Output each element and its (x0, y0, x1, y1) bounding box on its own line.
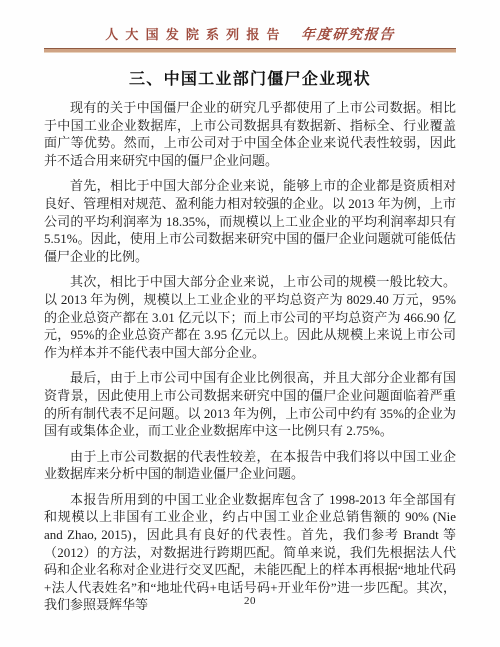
page-number: 20 (244, 595, 256, 607)
paragraph-1: 现有的关于中国僵尸企业的研究几乎都使用了上市公司数据。相比于中国工业企业数据库，… (44, 99, 456, 169)
header-title-row: 人大国发院系列报告 年度研究报告 (44, 24, 456, 44)
body-text: 现有的关于中国僵尸企业的研究几乎都使用了上市公司数据。相比于中国工业企业数据库，… (44, 99, 456, 614)
document-page: 人大国发院系列报告 年度研究报告 三、中国工业部门僵尸企业现状 现有的关于中国僵… (0, 0, 500, 647)
header-rule (44, 48, 456, 53)
section-title: 三、中国工业部门僵尸企业现状 (44, 66, 456, 89)
page-header: 人大国发院系列报告 年度研究报告 (44, 24, 456, 53)
paragraph-4: 最后，由于上市公司中国有企业比例很高，并且大部分企业都有国资背景，因此使用上市公… (44, 369, 456, 439)
page-footer: 20 (0, 591, 500, 609)
paragraph-3: 其次，相比于中国大部分企业来说，上市公司的规模一般比较大。以 2013 年为例，… (44, 273, 456, 361)
paragraph-5: 由于上市公司数据的代表性较差，在本报告中我们将以中国工业企业数据库来分析中国的制… (44, 448, 456, 483)
header-series-title: 人大国发院系列报告 (105, 24, 286, 43)
paragraph-2: 首先，相比于中国大部分企业来说，能够上市的企业都是资质相对良好、管理相对规范、盈… (44, 177, 456, 265)
header-subtitle: 年度研究报告 (300, 24, 395, 44)
